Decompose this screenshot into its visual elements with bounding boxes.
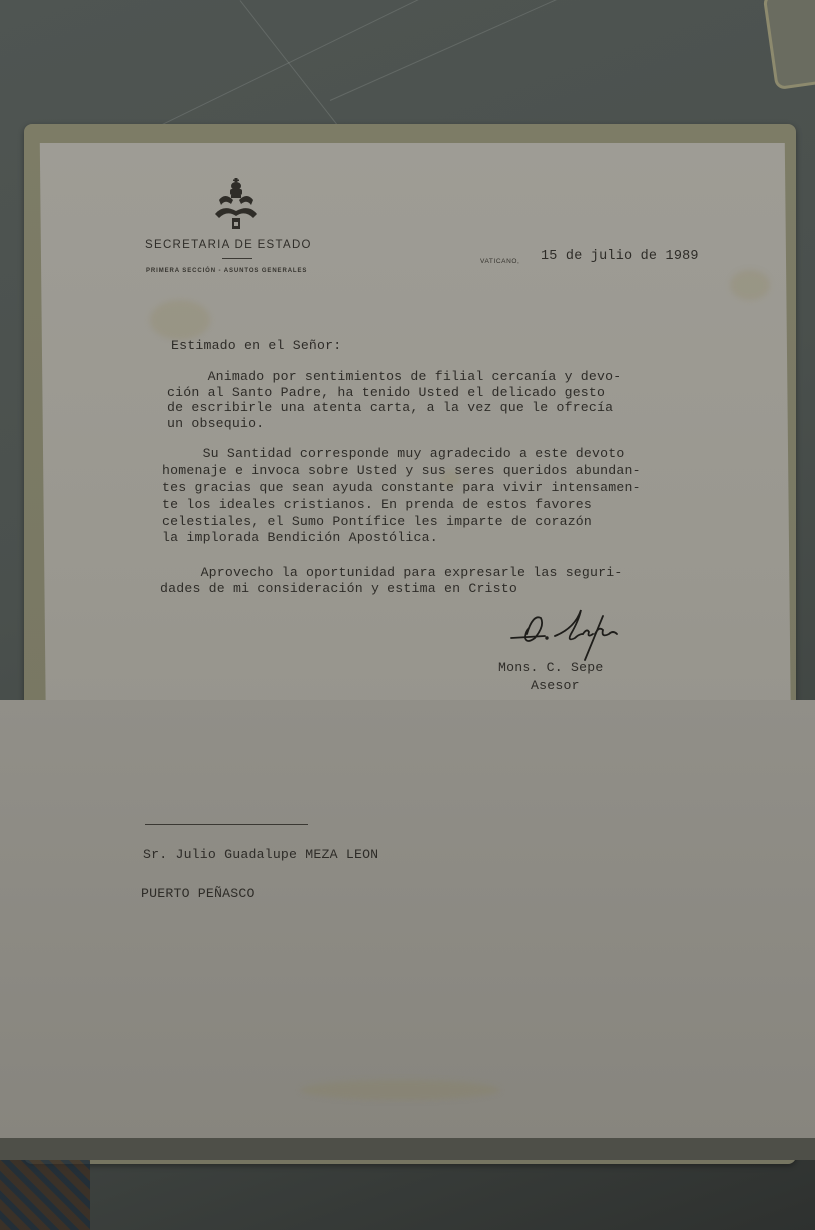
paper-stain: [150, 300, 210, 340]
corner-object: [763, 0, 815, 90]
salutation: Estimado en el Señor:: [171, 338, 341, 354]
paragraph-line: te los ideales cristianos. En prenda de …: [162, 497, 592, 513]
paragraph-line: celestiales, el Sumo Pontífice les impar…: [162, 514, 592, 530]
paragraph-line: ción al Santo Padre, ha tenido Usted el …: [167, 385, 605, 401]
paragraph-line: un obsequio.: [167, 416, 264, 432]
signatory-name: Mons. C. Sepe: [498, 660, 603, 676]
papal-crest-icon: [211, 178, 261, 230]
letter-paper-lower: [0, 700, 815, 1140]
paragraph-line: dades de mi consideración y estima en Cr…: [160, 581, 517, 597]
paper-stain: [730, 270, 770, 300]
letterhead-title: SECRETARIA DE ESTADO: [145, 239, 312, 251]
signatory-title: Asesor: [531, 678, 580, 694]
paragraph-line: la implorada Bendición Apostólica.: [162, 530, 438, 546]
dateline-date: 15 de julio de 1989: [541, 249, 699, 265]
paper-stain: [300, 1080, 500, 1100]
paragraph-line: Aprovecho la oportunidad para expresarle…: [160, 565, 623, 581]
paragraph-line: Su Santidad corresponde muy agradecido a…: [162, 446, 625, 462]
paragraph-line: tes gracias que sean ayuda constante par…: [162, 480, 641, 496]
paragraph-line: de escribirle una atenta carta, a la vez…: [167, 400, 613, 416]
recipient-name: Sr. Julio Guadalupe MEZA LEON: [143, 847, 378, 863]
sleeve-bottom-edge: [0, 1138, 815, 1160]
paragraph-line: Animado por sentimientos de filial cerca…: [167, 369, 621, 385]
letterhead-subtitle: PRIMERA SECCIÓN - ASUNTOS GENERALES: [146, 268, 307, 274]
letterhead-divider: [222, 258, 252, 259]
dateline-place: VATICANO,: [480, 258, 519, 265]
recipient-city: PUERTO PEÑASCO: [141, 886, 255, 902]
handwritten-signature: [505, 604, 625, 664]
address-divider: [145, 824, 308, 825]
floor-tile: [0, 1160, 90, 1230]
paragraph-line: homenaje e invoca sobre Usted y sus sere…: [162, 463, 641, 479]
